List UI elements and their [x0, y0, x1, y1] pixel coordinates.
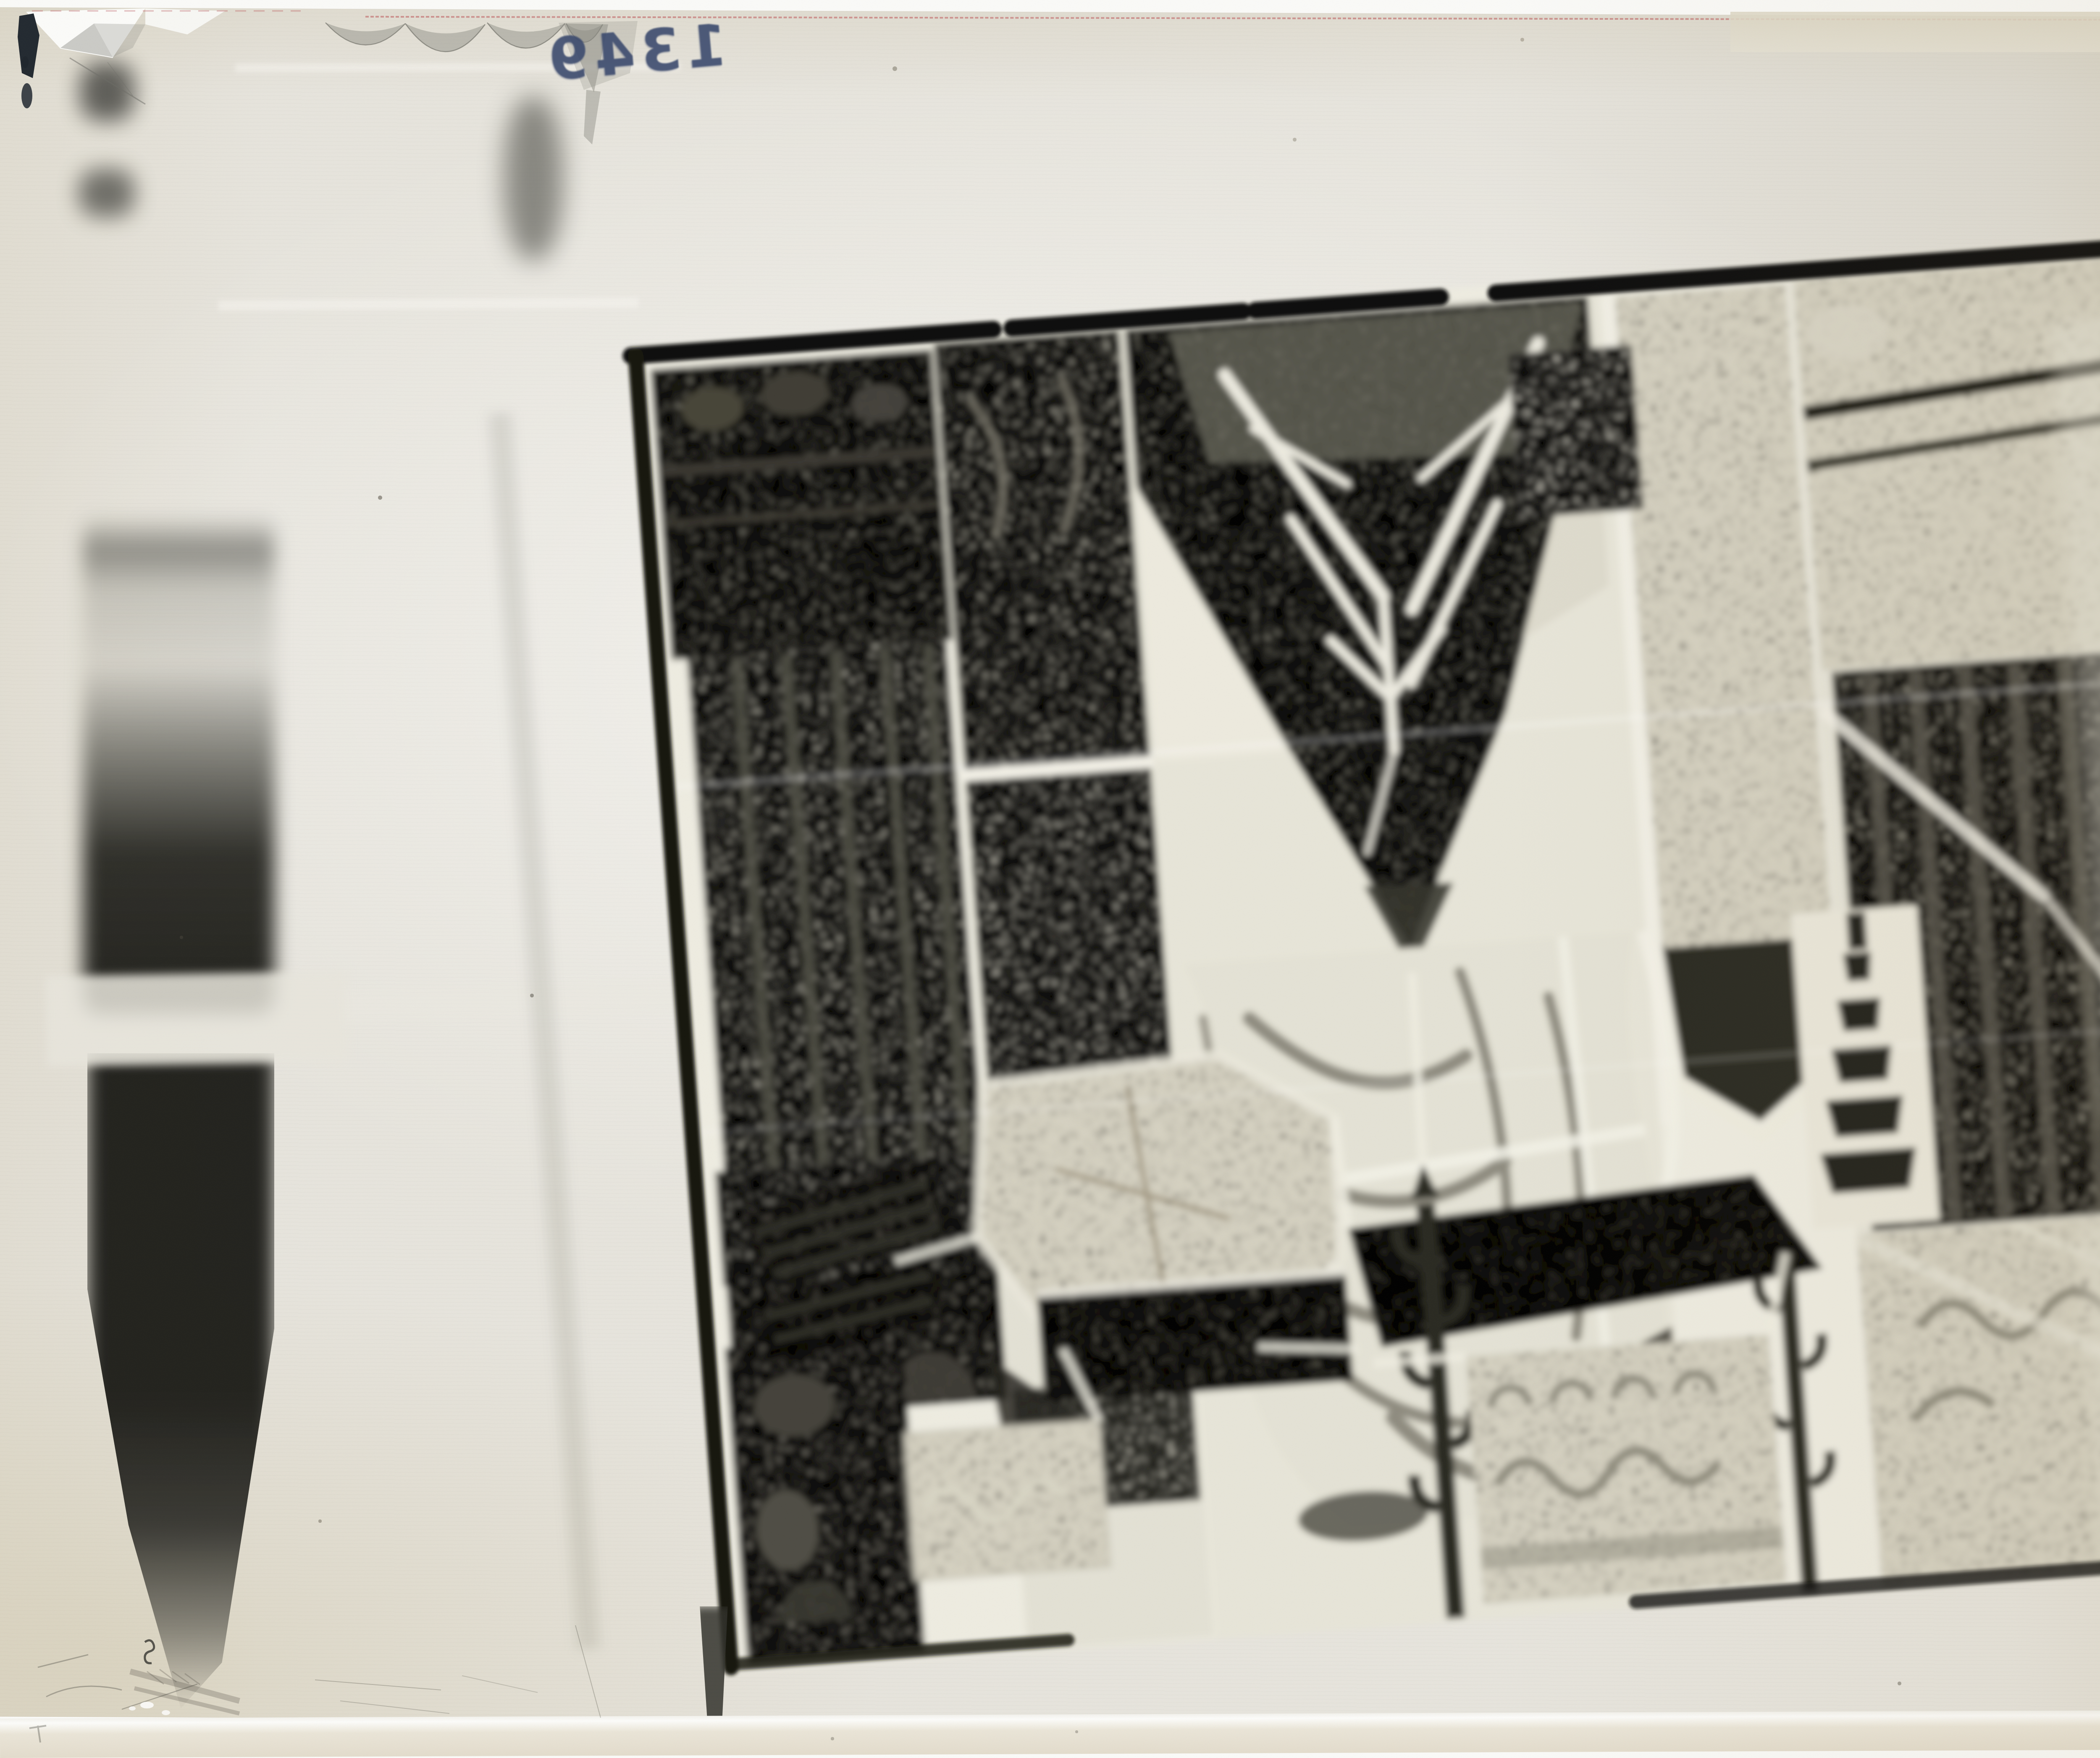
handwritten-number: 1349 [583, 9, 730, 97]
tape-crossing-band [45, 971, 349, 1067]
torn-corner-emulsion [7, 8, 309, 150]
scratch-marks [21, 1608, 714, 1751]
glass-plate-negative [608, 221, 2100, 1707]
scanned-negative-photo: 1349 [0, 0, 2100, 1758]
left-smudge-band-upper [83, 514, 274, 1014]
sheet-top-edge [1730, 12, 2100, 52]
smudge-blob [79, 169, 134, 217]
negative-image [608, 221, 2100, 1707]
